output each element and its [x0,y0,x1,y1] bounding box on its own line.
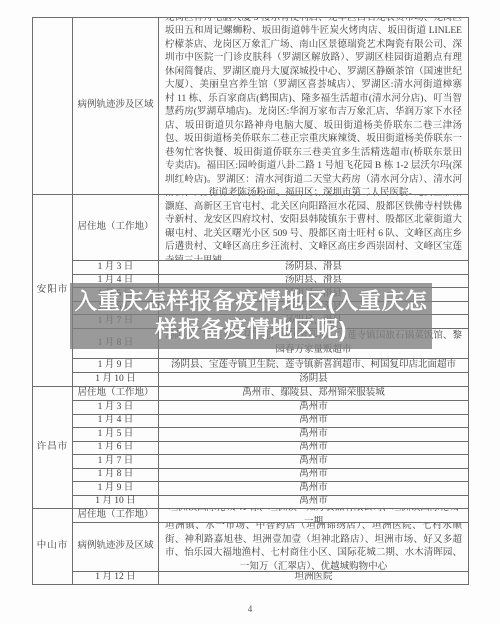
row-label: 1 月 8 日 [73,469,159,482]
row-content: 禹州市 [159,455,468,468]
city-cell-xuchang: 许昌市 [33,387,73,508]
city-label: 中山市 [37,540,69,554]
table-row: 1 月 10 日 禹州市 [73,495,468,509]
row-label: 病例轨迹涉及区域 [73,18,159,194]
row-label: 1 月 5 日 [73,428,159,441]
row-content: 禹州市 [159,442,468,455]
row-content: 禹州市 [159,428,468,441]
table-section-xuchang: 许昌市 居住地（工作地） 禹州市、鄢陵县、郑州锦荣服装城 1 月 3 日 禹州市… [33,386,468,508]
overlay-title-line-2: 样报备疫情地区呢) [155,316,347,344]
row-label: 1 月 3 日 [73,261,159,274]
row-label: 1 月 12 日 [73,572,159,584]
page-number: 4 [0,604,500,614]
table-section-shenzhen: 病例轨迹涉及区域 龙岗区神舟电脑大厦 3 楼乐有便利店、龙华区白石龙农贸市场、龙… [33,18,468,194]
row-label: 病例轨迹涉及区域 [73,523,159,571]
row-label: 1 月 7 日 [73,455,159,468]
row-content: 汤阴县、滑县 [159,261,468,274]
table-row: 1 月 9 日 汤阴县、宝莲寺镇卫生院、莲寺镇新喜润超市、柯国复印店北面超市 [73,358,468,372]
title-overlay: 入重庆怎样报备疫情地区(入重庆怎 样报备疫情地区呢) [70,283,432,349]
row-content: 龙岗区神舟电脑大厦 3 楼乐有便利店、龙华区白石龙农贸市场、龙岗区坂田五和周记螺… [159,18,468,194]
row-content: 禹州市 [159,496,468,509]
row-content: 坦洲医院 [159,572,468,584]
row-label: 1 月 3 日 [73,401,159,414]
row-content: 禹州市 [159,482,468,495]
overlay-title-line-1: 入重庆怎样报备疫情地区(入重庆怎 [75,288,428,316]
row-content: 禹州市 [159,469,468,482]
table-row: 1 月 9 日 禹州市 [73,481,468,495]
row-content: 滑县、内黄县、汤阴县、文峰区、安阳县辛村乡西和仁村、龙安区嘉州灏庭、高新区王官屯… [159,195,468,260]
row-content: 汤阴县 [159,373,468,386]
table-row: 1 月 4 日 禹州市 [73,414,468,428]
table-row: 病例轨迹涉及区域 龙岗区神舟电脑大厦 3 楼乐有便利店、龙华区白石龙农贸市场、龙… [73,18,468,194]
row-content: 禹州市 [159,401,468,414]
table-row: 1 月 8 日 禹州市 [73,468,468,482]
row-content: 禹州市 [159,415,468,428]
table-row: 居住地（工作地） 禹州市、鄢陵县、郑州锦荣服装城 [73,387,468,400]
row-label: 1 月 6 日 [73,442,159,455]
table-row: 居住地（工作地） 滑县、内黄县、汤阴县、文峰区、安阳县辛村乡西和仁村、龙安区嘉州… [73,195,468,260]
city-label: 安阳市 [37,284,69,298]
table-row: 1 月 10 日 汤阴县 [73,372,468,386]
row-label: 1 月 10 日 [73,496,159,509]
city-label: 许昌市 [37,441,69,455]
table-row: 病例轨迹涉及区域 坦洲镇、水一市场、中智药店（坦洲锦绣店）、坦洲医院、七村永顺街… [73,522,468,571]
city-cell-zhongshan: 中山市 [33,509,73,584]
row-content: 坦洲镇国际花城 41 栋、坦洲镇一知万食品有限公司、坦洲镇国际花城一期 [159,509,468,522]
table-row: 1 月 5 日 禹州市 [73,427,468,441]
city-cell-empty [33,18,73,194]
table-section-zhongshan: 中山市 居住地（工作地） 坦洲镇国际花城 41 栋、坦洲镇一知万食品有限公司、坦… [33,508,468,584]
row-content: 坦洲镇、水一市场、中智药店（坦洲锦绣店）、坦洲医院、七村永顺街、神利路嘉旭巷、坦… [159,523,468,571]
table-row: 1 月 12 日 坦洲医院 [73,571,468,584]
row-label: 居住地（工作地） [73,509,159,522]
table-row: 1 月 6 日 禹州市 [73,441,468,455]
row-label: 居住地（工作地） [73,387,159,400]
row-label: 1 月 4 日 [73,415,159,428]
document-page: 病例轨迹涉及区域 龙岗区神舟电脑大厦 3 楼乐有便利店、龙华区白石龙农贸市场、龙… [0,0,500,624]
row-label: 1 月 9 日 [73,482,159,495]
row-label: 1 月 9 日 [73,359,159,372]
row-content: 汤阴县、宝莲寺镇卫生院、莲寺镇新喜润超市、柯国复印店北面超市 [159,359,468,372]
row-label: 居住地（工作地） [73,195,159,260]
row-label: 1 月 10 日 [73,373,159,386]
table-row: 1 月 3 日 汤阴县、滑县 [73,260,468,274]
table-row: 1 月 7 日 禹州市 [73,454,468,468]
table-row: 居住地（工作地） 坦洲镇国际花城 41 栋、坦洲镇一知万食品有限公司、坦洲镇国际… [73,509,468,522]
table-row: 1 月 3 日 禹州市 [73,400,468,414]
city-cell-anyang: 安阳市 [33,195,73,386]
row-content: 禹州市、鄢陵县、郑州锦荣服装城 [159,387,468,400]
